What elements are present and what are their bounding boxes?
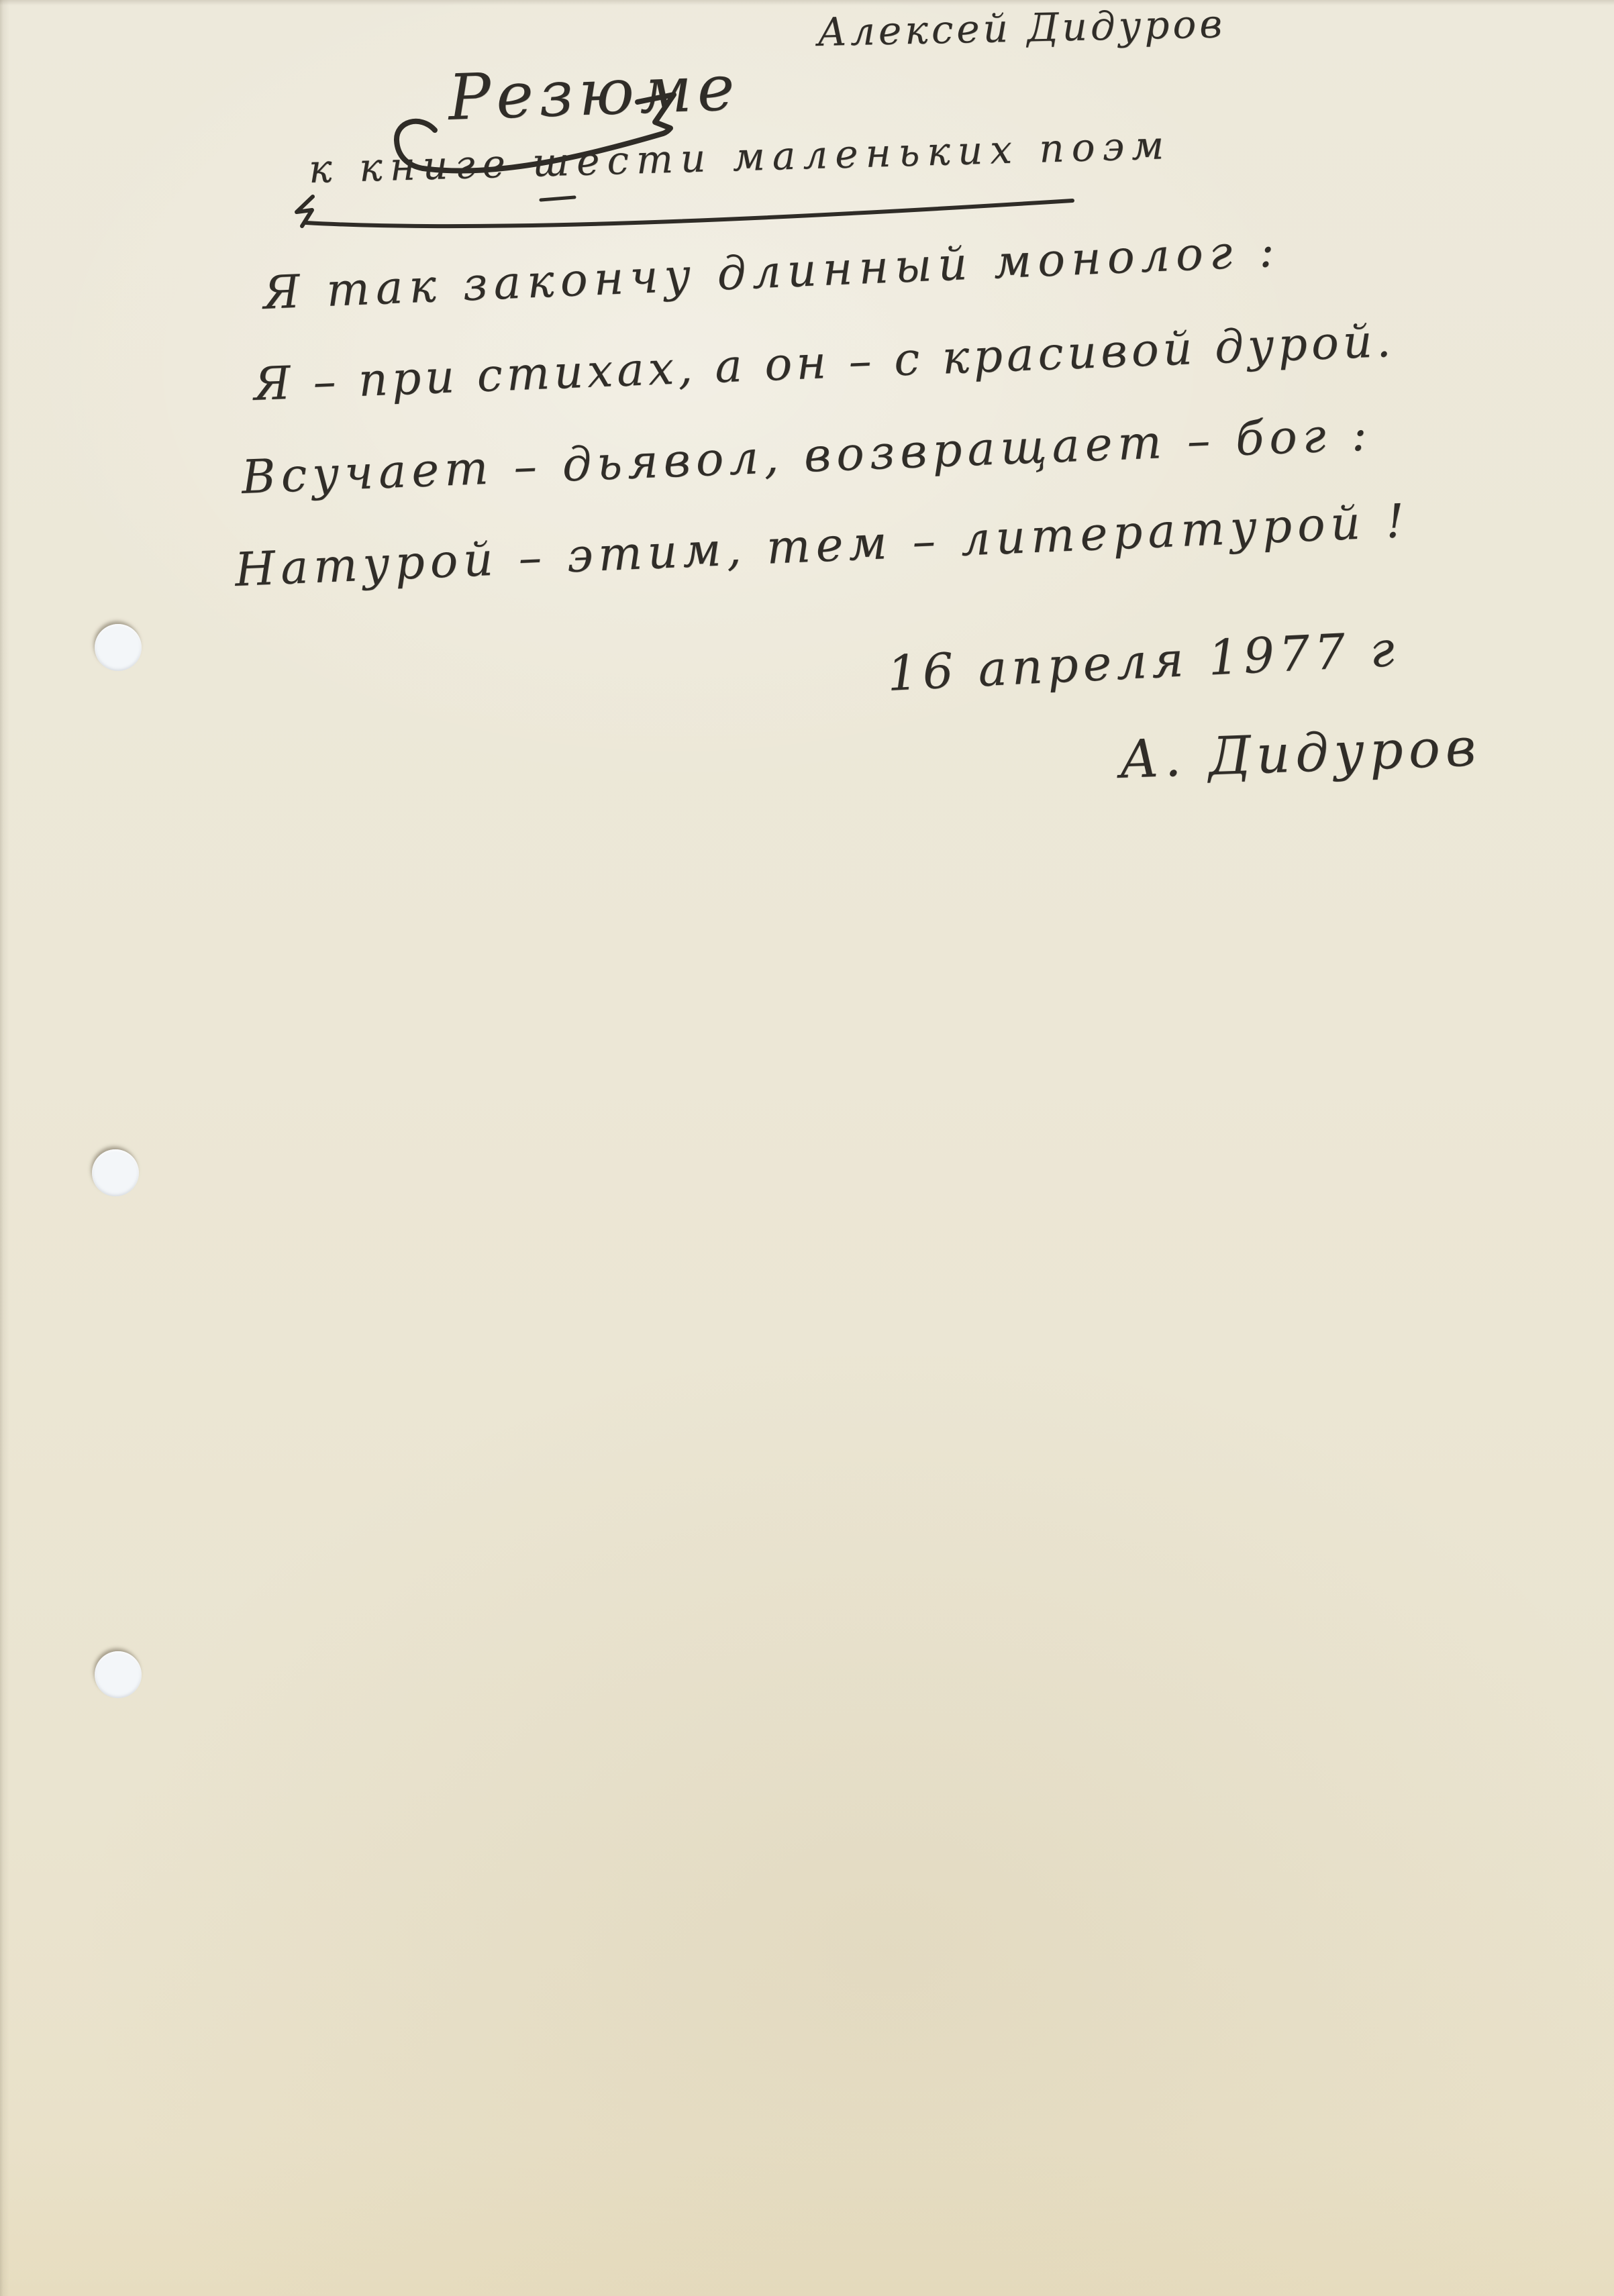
poem-line: Натурой – этим, тем – литературой ! [234,494,1411,597]
punch-hole [95,1651,142,1698]
page-title: Резюме [447,52,741,135]
punch-hole [92,1149,139,1196]
punch-hole [95,624,142,671]
scanned-page: Алексей Дидуров Резюме к книге шести мал… [0,0,1614,2296]
poem-line: Всучает – дьявол, возвращает – бог : [240,407,1373,505]
author-name: Алексей Дидуров [817,1,1225,55]
date-line: 16 апреля 1977 г [886,621,1401,702]
poem-line: Я так закончу длинный монолог : [262,225,1281,320]
signature: А. Дидуров [1118,717,1482,790]
subtitle: к книге шести маленьких поэм [308,122,1172,192]
poem-line: Я – при стихах, а он – с красивой дурой. [252,315,1395,411]
